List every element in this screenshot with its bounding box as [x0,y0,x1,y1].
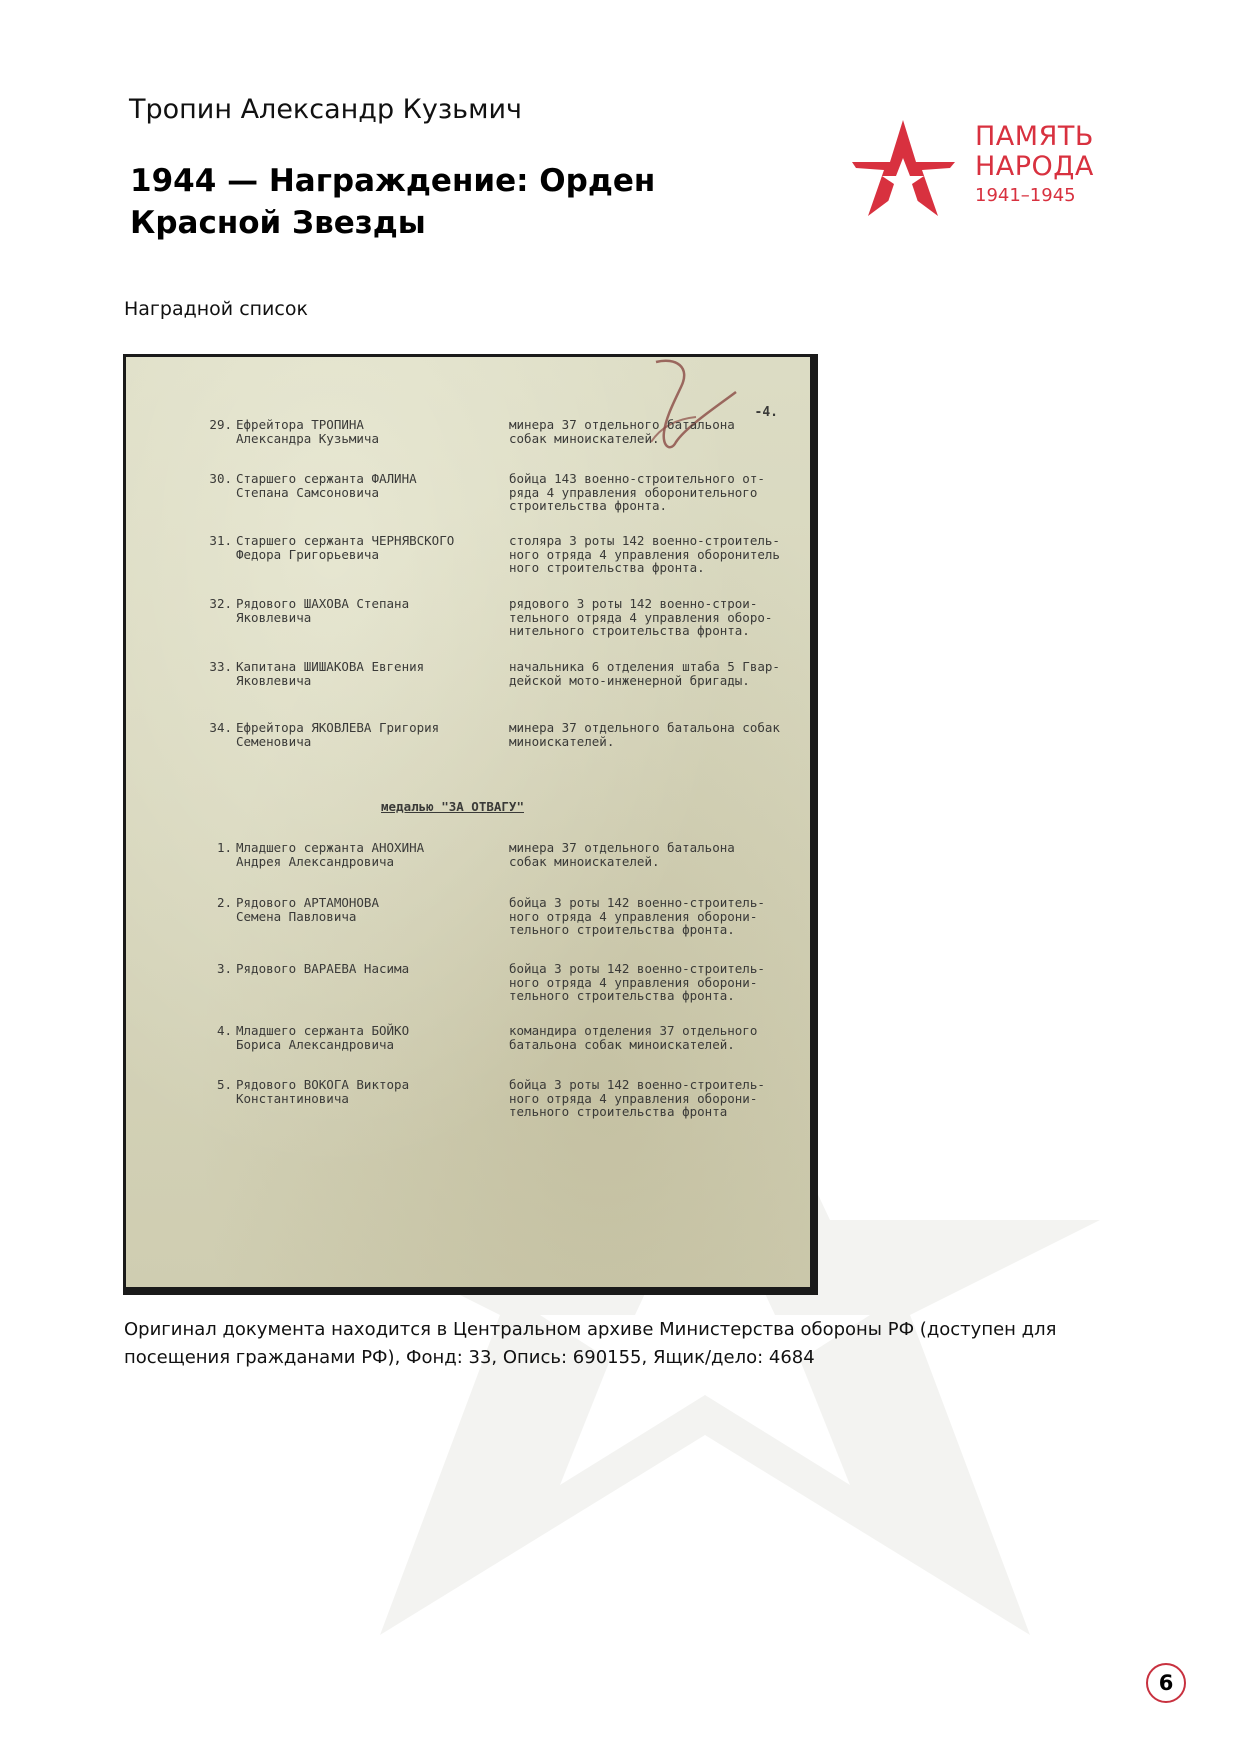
logo-line-1: ПАМЯТЬ [975,122,1094,152]
logo-years: 1941–1945 [975,184,1094,208]
person-name: Тропин Александр Кузьмич [129,94,522,125]
section-heading: медалью "ЗА ОТВАГУ" [381,799,524,814]
red-star-icon [852,118,955,218]
pamyat-naroda-logo[interactable]: ПАМЯТЬ НАРОДА 1941–1945 [852,118,1132,218]
document-type-label: Наградной список [124,298,308,320]
handwritten-signature-icon [636,357,746,467]
archive-source-caption: Оригинал документа находится в Центральн… [124,1316,1104,1372]
page-number: 6 [1146,1663,1186,1703]
logo-line-2: НАРОДА [975,152,1094,182]
scanned-paper: -4. 29. Ефрейтора ТРОПИНА Александра Куз… [126,357,810,1287]
document-scan[interactable]: -4. 29. Ефрейтора ТРОПИНА Александра Куз… [123,354,818,1295]
award-title: 1944 — Награждение: Орден Красной Звезды [130,160,750,244]
